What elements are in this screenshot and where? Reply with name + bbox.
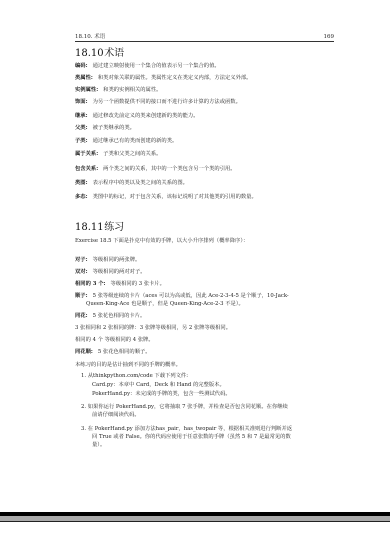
section-title: 练习: [104, 222, 124, 233]
hand-item: 同花顺:5 张花色相同的顺子。: [75, 348, 151, 356]
step-2-line: 前请仔细阅读代码。: [81, 411, 140, 419]
section-number: 18.10: [75, 48, 101, 60]
definition-item: 类图:表示程序中的类以及类之间的关系的图。: [75, 179, 188, 187]
section-heading-exercises: 18.11 练习: [75, 222, 124, 234]
section-title: 术语: [104, 48, 124, 59]
hand-item: 双对:等级相同的两对对子。: [75, 268, 146, 276]
definition-item: 实例属性:和类的实例相关的属性。: [75, 86, 161, 94]
purpose-text: 本练习的目的是估计抽到不同的手牌的概率。: [75, 361, 181, 369]
section-number: 18.11: [75, 222, 101, 234]
header-rule: [75, 41, 334, 42]
definition-item: 父类:被子类继承的类。: [75, 124, 135, 132]
step-2: 2. 如果你运行 PokerHand.py，它将抽取 7 张手牌，并检查是否包含…: [81, 403, 288, 411]
definition-item: 包含关系:两个类之间的关系，其中的一个类包含另一个类的引用。: [75, 165, 236, 173]
step-1-line: PokerHand.py：未完成的手牌的类，包含一些测试代码。: [81, 390, 231, 398]
step-1: 1. 从thinkpython.com/code 下载下列文件:: [81, 372, 188, 380]
definition-item: 编码:通过建立映射使用一个集合的值表示另一个集合的值。: [75, 62, 220, 70]
definition-item: 继承:通过修改先前定义的类来创建新的类的能力。: [75, 112, 199, 120]
definition-item: 多态:类图中的标记，对于包含关系，该标记说明了对其他类的引用的数量。: [75, 193, 257, 201]
bottom-bar-line: [0, 521, 390, 522]
hand-item-continuation: Queen-King-Ace 也是顺子，但是 Queen-King-Ace-2-…: [75, 300, 244, 308]
step-1-line: Card.py：本章中 Card，Deck 和 Hand 的完整版本。: [81, 381, 225, 389]
definition-item: 类属性:和类对象关联的属性。类属性定义在类定义内部，方法定义外部。: [75, 74, 251, 82]
definition-item: 饰面:为另一个函数提供不同的接口而不进行许多计算的方法或函数。: [75, 98, 241, 106]
hand-item: 顺子:5 张等级连续的卡片（aces 可以为高或低，因此 Ace-2-3-4-5…: [75, 292, 289, 300]
definition-item: 子类:通过继承已有的类而创建的新的类。: [75, 137, 177, 145]
section-heading-terminology: 18.10 术语: [75, 48, 124, 60]
step-3-line: 回 True 或者 False。你的代码应使用于任意张数的手牌（虽然 5 和 7…: [81, 433, 291, 441]
hand-item: 同花:5 张花色相同的卡片。: [75, 312, 145, 320]
step-3: 3. 在 PokerHand.py 添加方法has_pair，has_twopa…: [81, 425, 292, 433]
hand-item: 3 张相同和 2 张相同的牌：3 张牌等级相同，另 2 张牌等级相同。: [75, 324, 231, 332]
hand-item: 相同的 3 个:等级相同的 3 张卡片。: [75, 280, 165, 288]
definition-item: 属于关系:子类和父类之间的关系。: [75, 150, 161, 158]
exercise-intro: Exercise 18.5 下面是扑克中有效的手牌，以大小升序排列（概率降序）：: [75, 237, 248, 245]
step-3-line: 量）。: [81, 441, 105, 449]
hand-item: 对子:等级相同的两张牌。: [75, 256, 140, 264]
hand-item: 相同的 4 个 等级相同的 4 张牌。: [75, 336, 154, 344]
